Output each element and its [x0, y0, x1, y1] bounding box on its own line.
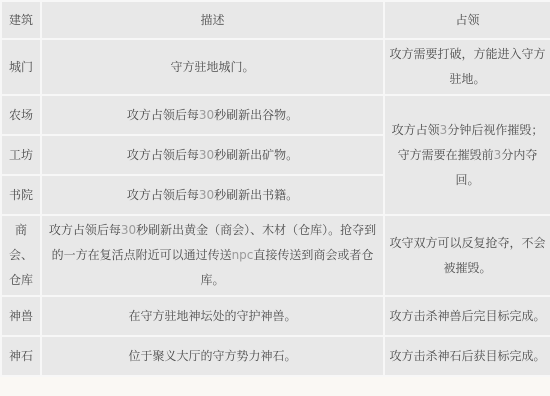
- latin-text: 3: [494, 148, 502, 162]
- description-cell: 攻方占领后每30秒刷新出谷物。: [41, 95, 384, 135]
- table-row: 农场攻方占领后每30秒刷新出谷物。攻方占领3分钟后视作摧毁；守方需要在摧毁前3分…: [1, 95, 550, 135]
- latin-text: 30: [199, 188, 214, 202]
- table-body: 城门守方驻地城门。攻方需要打破，方能进入守方驻地。农场攻方占领后每30秒刷新出谷…: [1, 39, 550, 376]
- buildings-table: 建筑 描述 占领 城门守方驻地城门。攻方需要打破，方能进入守方驻地。农场攻方占领…: [0, 0, 550, 377]
- description-cell: 在守方驻地神坛处的守护神兽。: [41, 296, 384, 336]
- table-row: 神石位于聚义大厅的守方势力神石。攻方击杀神石后获目标完成。: [1, 336, 550, 376]
- description-cell: 攻方占领后每30秒刷新出黄金（商会）、木材（仓库）。抢夺到的一方在复活点附近可以…: [41, 215, 384, 296]
- header-building: 建筑: [1, 1, 41, 39]
- header-description: 描述: [41, 1, 384, 39]
- occupy-cell: 攻方击杀神兽后完目标完成。: [384, 296, 550, 336]
- header-row: 建筑 描述 占领: [1, 1, 550, 39]
- building-cell: 农场: [1, 95, 41, 135]
- occupy-cell: 攻方击杀神石后获目标完成。: [384, 336, 550, 376]
- table-header: 建筑 描述 占领: [1, 1, 550, 39]
- latin-text: 30: [121, 223, 136, 237]
- building-cell: 神石: [1, 336, 41, 376]
- building-cell: 商会、仓库: [1, 215, 41, 296]
- occupy-cell: 攻守双方可以反复抢夺，不会被摧毁。: [384, 215, 550, 296]
- latin-text: 3: [440, 123, 448, 137]
- header-occupy: 占领: [384, 1, 550, 39]
- description-cell: 位于聚义大厅的守方势力神石。: [41, 336, 384, 376]
- latin-text: npc: [232, 248, 254, 262]
- occupy-cell: 攻方需要打破，方能进入守方驻地。: [384, 39, 550, 95]
- occupy-cell: 攻方占领3分钟后视作摧毁；守方需要在摧毁前3分内夺回。: [384, 95, 550, 215]
- page: 建筑 描述 占领 城门守方驻地城门。攻方需要打破，方能进入守方驻地。农场攻方占领…: [0, 0, 550, 377]
- building-cell: 工坊: [1, 135, 41, 175]
- description-cell: 攻方占领后每30秒刷新出矿物。: [41, 135, 384, 175]
- building-cell: 神兽: [1, 296, 41, 336]
- table-row: 城门守方驻地城门。攻方需要打破，方能进入守方驻地。: [1, 39, 550, 95]
- latin-text: 30: [199, 148, 214, 162]
- table-row: 商会、仓库攻方占领后每30秒刷新出黄金（商会）、木材（仓库）。抢夺到的一方在复活…: [1, 215, 550, 296]
- description-cell: 守方驻地城门。: [41, 39, 384, 95]
- description-cell: 攻方占领后每30秒刷新出书籍。: [41, 175, 384, 215]
- building-cell: 书院: [1, 175, 41, 215]
- table-row: 神兽在守方驻地神坛处的守护神兽。攻方击杀神兽后完目标完成。: [1, 296, 550, 336]
- building-cell: 城门: [1, 39, 41, 95]
- latin-text: 30: [199, 108, 214, 122]
